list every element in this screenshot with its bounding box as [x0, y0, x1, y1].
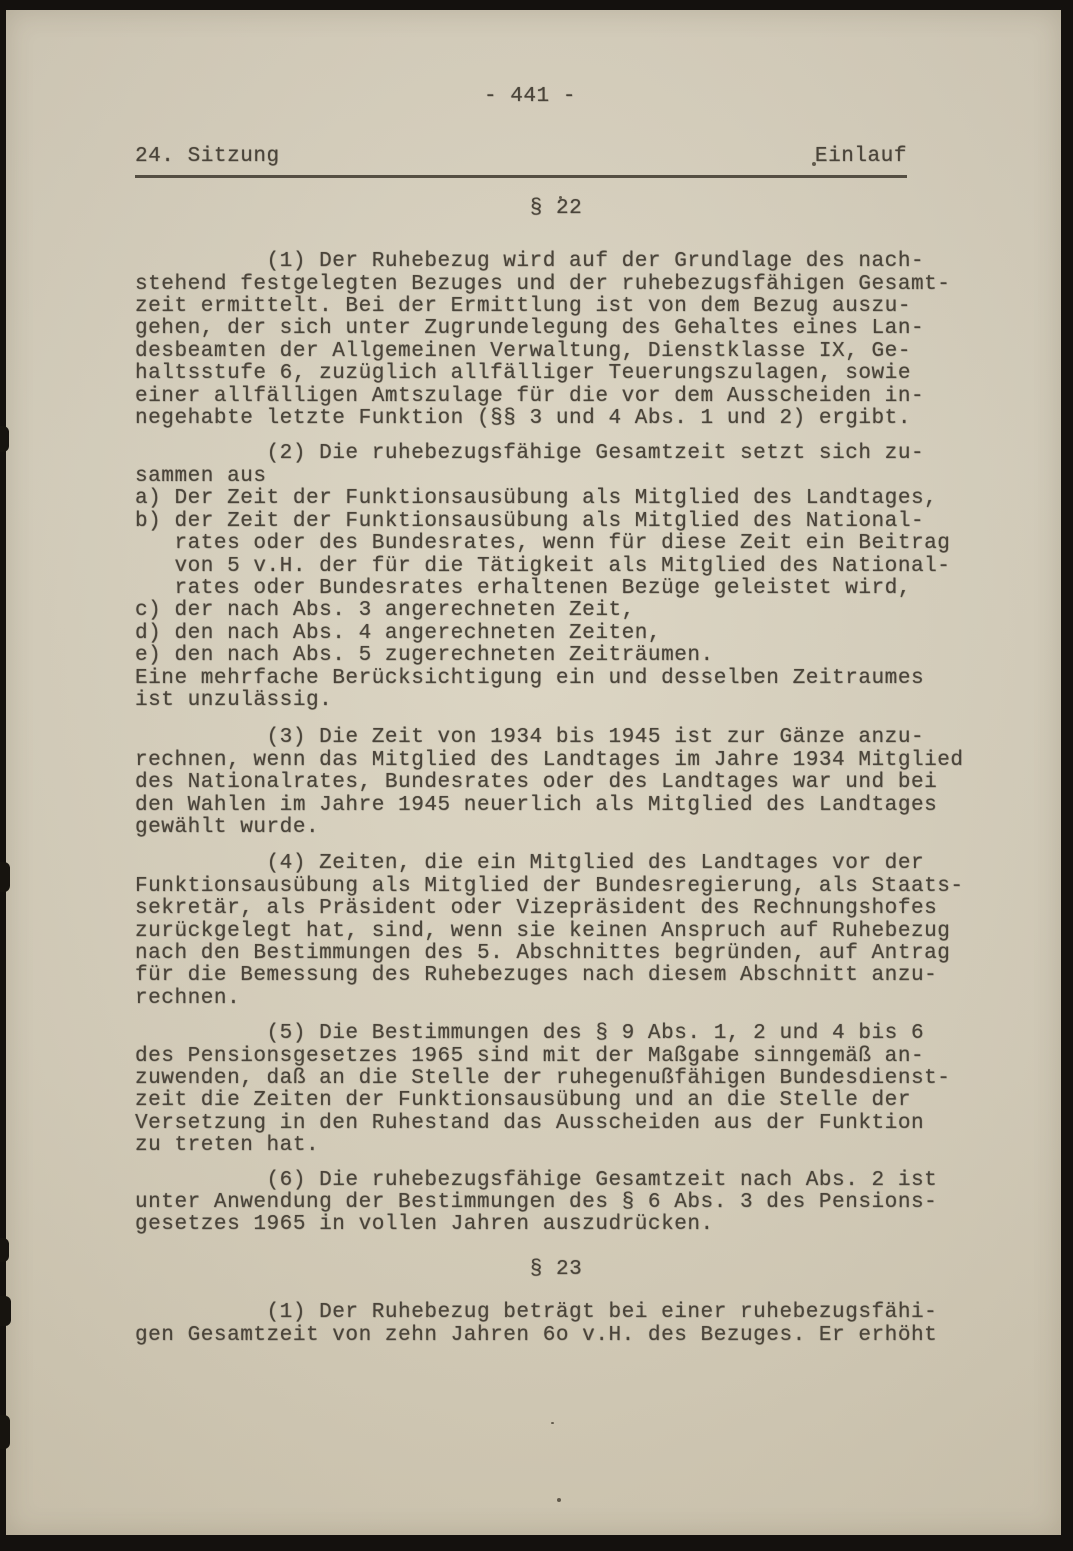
- scan-speck: [812, 162, 816, 166]
- paragraph-22-1: (1) Der Ruhebezug wird auf der Grundlage…: [135, 251, 977, 430]
- header-einlauf-label: Einlauf: [815, 146, 907, 168]
- scan-speck: [559, 196, 562, 199]
- scan-edge-artifact: [0, 426, 9, 452]
- paragraph-22-5: (5) Die Bestimmungen des § 9 Abs. 1, 2 u…: [135, 1023, 977, 1157]
- section-heading-23: § 23: [135, 1259, 977, 1281]
- page-header: 24. Sitzung Einlauf: [135, 146, 907, 177]
- paragraph-22-3: (3) Die Zeit von 1934 bis 1945 ist zur G…: [135, 727, 977, 839]
- paragraph-23-1: (1) Der Ruhebezug beträgt bei einer ruhe…: [135, 1302, 977, 1347]
- header-session-label: 24. Sitzung: [135, 146, 280, 168]
- paragraph-22-4: (4) Zeiten, die ein Mitglied des Landtag…: [135, 853, 977, 1010]
- section-heading-22: § 22: [135, 198, 977, 220]
- scan-edge-artifact: [0, 1238, 9, 1262]
- scan-edge-artifact: [0, 1415, 10, 1449]
- scan-edge-artifact: [0, 1296, 11, 1326]
- scan-speck: [551, 1422, 554, 1424]
- scanned-page: - 441 - 24. Sitzung Einlauf § 22 (1) Der…: [6, 10, 1061, 1535]
- page-content: - 441 - 24. Sitzung Einlauf § 22 (1) Der…: [135, 10, 977, 1347]
- paragraph-22-2: (2) Die ruhebezugsfähige Gesamtzeit setz…: [135, 443, 977, 712]
- scan-speck: [557, 1498, 561, 1502]
- paragraph-22-6: (6) Die ruhebezugsfähige Gesamtzeit nach…: [135, 1170, 977, 1237]
- scan-edge-artifact: [0, 862, 10, 892]
- page-number: - 441 -: [109, 86, 951, 108]
